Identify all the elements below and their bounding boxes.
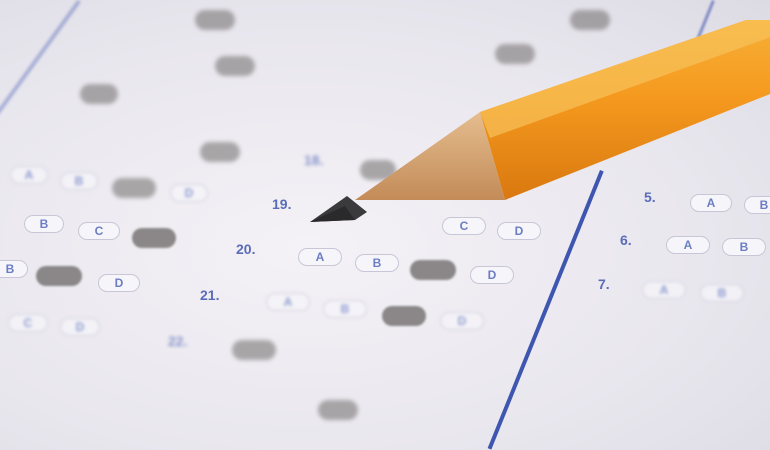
answer-bubble[interactable]: C xyxy=(78,222,120,240)
answer-bubble[interactable]: B xyxy=(323,300,367,318)
question-number: 22. xyxy=(168,333,187,349)
answer-bubble[interactable]: D xyxy=(170,184,208,202)
answer-sheet-photo: A B D B C B D 18. 19. C D 20. A B D 21. … xyxy=(0,0,770,450)
filled-bubble xyxy=(36,266,82,286)
filled-bubble xyxy=(200,142,240,162)
answer-bubble[interactable]: A xyxy=(298,248,342,266)
filled-bubble xyxy=(232,340,276,360)
answer-bubble[interactable]: B xyxy=(722,238,766,256)
answer-bubble[interactable]: D xyxy=(440,312,484,330)
answer-bubble[interactable]: D xyxy=(98,274,140,292)
filled-bubble xyxy=(80,84,118,104)
pencil xyxy=(305,20,770,230)
answer-bubble[interactable]: A xyxy=(266,293,310,311)
answer-bubble[interactable]: C xyxy=(8,314,48,332)
filled-bubble xyxy=(318,400,358,420)
answer-bubble[interactable]: B xyxy=(0,260,28,278)
question-number: 6. xyxy=(620,232,632,248)
filled-bubble xyxy=(112,178,156,198)
answer-bubble[interactable]: D xyxy=(60,318,100,336)
answer-bubble[interactable]: A xyxy=(10,166,48,184)
answer-bubble[interactable]: B xyxy=(355,254,399,272)
answer-bubble[interactable]: B xyxy=(60,172,98,190)
column-divider-line xyxy=(0,0,80,422)
answer-bubble[interactable]: A xyxy=(642,281,686,299)
answer-bubble[interactable]: B xyxy=(700,284,744,302)
filled-bubble xyxy=(215,56,255,76)
answer-bubble[interactable]: D xyxy=(470,266,514,284)
question-number: 7. xyxy=(598,276,610,292)
filled-bubble xyxy=(132,228,176,248)
question-number: 21. xyxy=(200,287,219,303)
question-number: 19. xyxy=(272,196,291,212)
answer-bubble[interactable]: A xyxy=(666,236,710,254)
filled-bubble xyxy=(382,306,426,326)
filled-bubble xyxy=(410,260,456,280)
answer-bubble[interactable]: B xyxy=(24,215,64,233)
pencil-wood-tip xyxy=(355,112,505,200)
filled-bubble xyxy=(195,10,235,30)
question-number: 20. xyxy=(236,241,255,257)
